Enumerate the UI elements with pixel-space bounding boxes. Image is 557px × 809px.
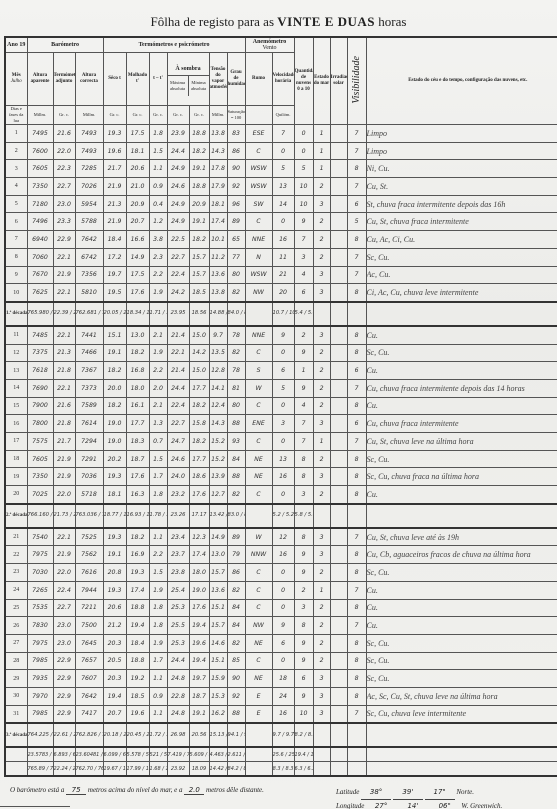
- summary-value: 6.3 / 6.3: [294, 762, 313, 777]
- cell-value: 17.17: [189, 504, 209, 528]
- cell-value: 22.1: [53, 326, 75, 344]
- summary-value: 22.24 / 22.24: [53, 762, 75, 777]
- cell-value: 24.6: [167, 450, 189, 468]
- cell-value: [330, 450, 347, 468]
- sky-remark: Limpo: [366, 142, 557, 160]
- cell-value: 3: [313, 687, 330, 705]
- cell-value: 2: [313, 379, 330, 397]
- summary-value: 765.89 / 765.89: [27, 762, 53, 777]
- summary-value: 2.611 / 2.611: [227, 747, 245, 762]
- cell-value: 6940: [27, 231, 53, 249]
- cell-value: 8.2 / 8.2: [294, 723, 313, 747]
- cell-value: 3: [313, 468, 330, 486]
- cell-value: [330, 160, 347, 178]
- cell-value: 22.4: [53, 581, 75, 599]
- cell-value: C: [245, 564, 272, 582]
- cell-value: 18.6: [189, 468, 209, 486]
- cell-value: 16: [272, 231, 294, 249]
- day-number: 15: [5, 397, 27, 415]
- cell-value: C: [245, 433, 272, 451]
- lat-min: 39': [393, 786, 423, 800]
- unit: Millm.: [27, 106, 53, 125]
- col-sea: Estado do mar: [313, 37, 330, 125]
- cell-value: 1.72 / 1.72: [149, 723, 167, 747]
- cell-value: 1: [313, 581, 330, 599]
- cell-value: 82: [227, 486, 245, 504]
- cell-value: 8: [294, 528, 313, 546]
- cell-value: 22.7: [53, 599, 75, 617]
- cell-value: 7: [347, 581, 366, 599]
- summary-value: [330, 747, 347, 762]
- col-wind-speed: Velocidade horária: [272, 53, 294, 106]
- cell-value: 16.8: [126, 362, 149, 380]
- month-value: Julho: [11, 79, 22, 84]
- cell-value: 18.1: [209, 195, 227, 213]
- cell-value: 19.4: [126, 617, 149, 635]
- cell-value: C: [245, 142, 272, 160]
- cell-value: 13.6: [209, 581, 227, 599]
- cell-value: 10.7 / 10.7: [272, 302, 294, 326]
- cell-value: 20.8: [103, 564, 126, 582]
- cell-value: 7: [347, 617, 366, 635]
- cell-value: 17.7: [189, 450, 209, 468]
- cell-value: 24.4: [167, 652, 189, 670]
- cell-value: 22.1: [53, 248, 75, 266]
- cell-value: 15.3: [209, 687, 227, 705]
- year-header: Ano 19: [5, 37, 27, 53]
- summary-label: [5, 747, 27, 762]
- cell-value: [330, 379, 347, 397]
- cell-value: 7495: [27, 125, 53, 143]
- summary-value: 8.3 / 8.3: [272, 762, 294, 777]
- cell-value: 7417: [75, 705, 103, 723]
- cell-value: 18.0: [126, 379, 149, 397]
- col-clouds: Quantidade de nuvens 0 a 10: [294, 37, 313, 125]
- title-prefix: Fôlha de registo para as: [151, 14, 274, 29]
- unit: Millm.: [75, 106, 103, 125]
- cell-value: 21.3: [53, 344, 75, 362]
- cell-value: 15.7: [189, 266, 209, 284]
- cell-value: 21.2: [103, 617, 126, 635]
- cell-value: 18.5: [189, 284, 209, 302]
- cell-value: 8: [347, 397, 366, 415]
- cell-value: 2: [313, 652, 330, 670]
- decade-summary-row: 2.ª década766.160 / 766.16021.73 / 21.73…: [5, 504, 557, 528]
- cell-value: 82: [227, 344, 245, 362]
- cell-value: 20.3: [103, 670, 126, 688]
- cell-value: 15.1: [103, 326, 126, 344]
- cell-value: 7975: [27, 634, 53, 652]
- sky-remark: Cu.: [366, 326, 557, 344]
- cell-value: 14.3: [209, 142, 227, 160]
- cell-value: 19.6: [103, 142, 126, 160]
- cell-value: 3: [313, 415, 330, 433]
- cell-value: 18.2: [189, 433, 209, 451]
- cell-value: NW: [245, 617, 272, 635]
- table-row: 15790021.6758918.216.12.122.418.212.480C…: [5, 397, 557, 415]
- cell-value: 24.8: [167, 670, 189, 688]
- cell-value: 2: [313, 362, 330, 380]
- cell-value: 9: [294, 564, 313, 582]
- cell-value: 17.6: [189, 599, 209, 617]
- summary-value: 14.42 / 14.42: [209, 762, 227, 777]
- table-row: 22797521.9756219.116.92.223.717.413.079N…: [5, 546, 557, 564]
- day-number: 7: [5, 231, 27, 249]
- cell-value: 7025: [27, 486, 53, 504]
- col-wind-direction: Rumo: [245, 53, 272, 106]
- cell-value: 6: [347, 415, 366, 433]
- day-number: 31: [5, 705, 27, 723]
- day-number: 10: [5, 284, 27, 302]
- lat-deg: 38°: [361, 786, 391, 800]
- cell-value: 18.8: [126, 652, 149, 670]
- cell-value: SW: [245, 195, 272, 213]
- day-number: 6: [5, 213, 27, 231]
- min-label: Mínima absoluta: [189, 76, 209, 96]
- cell-value: 25.5: [167, 617, 189, 635]
- cell-value: 1: [313, 160, 330, 178]
- cell-value: E: [245, 687, 272, 705]
- cell-value: 1.8: [149, 125, 167, 143]
- cell-value: 7616: [75, 564, 103, 582]
- cell-value: 16.93 / 16.93: [126, 504, 149, 528]
- cell-value: 8: [347, 160, 366, 178]
- cell-value: 13.8: [209, 284, 227, 302]
- cell-value: 20.9: [126, 195, 149, 213]
- cell-value: 0: [272, 564, 294, 582]
- thermometers-header: Termómetros e psicrómetro: [103, 37, 245, 53]
- cell-value: 3: [313, 195, 330, 213]
- cell-value: 18.2: [189, 397, 209, 415]
- cell-value: 0: [272, 581, 294, 599]
- col-humidity: Grau de humidade: [227, 53, 245, 106]
- day-number: 14: [5, 379, 27, 397]
- decade-label: 2.ª década: [5, 504, 27, 528]
- cell-value: 19.7: [189, 670, 209, 688]
- day-header: Dias e fases da lua: [5, 106, 27, 125]
- col-apparent-height: Altura aparente: [27, 53, 53, 106]
- day-number: 17: [5, 433, 27, 451]
- cell-value: 1.71 / 1.71: [149, 302, 167, 326]
- cell-value: 26.98: [167, 723, 189, 747]
- register-sheet: Fôlha de registo para as VINTE E DUAS ho…: [0, 0, 557, 809]
- cell-value: 23.26: [167, 504, 189, 528]
- sky-remark: Cu.: [366, 599, 557, 617]
- cell-value: 21.7: [53, 433, 75, 451]
- cell-value: 8: [294, 617, 313, 635]
- cell-value: 7: [347, 266, 366, 284]
- cell-value: 24.2: [167, 284, 189, 302]
- cell-value: 84: [227, 599, 245, 617]
- cell-value: 5.2 / 5.2: [272, 504, 294, 528]
- table-row: 3760522.3728521.720.61.124.919.117.890WS…: [5, 160, 557, 178]
- cell-value: 80: [227, 397, 245, 415]
- cell-value: 15.7: [189, 248, 209, 266]
- cell-value: 22.0: [53, 142, 75, 160]
- day-number: 28: [5, 652, 27, 670]
- day-number: 29: [5, 670, 27, 688]
- cell-value: 15.7: [209, 564, 227, 582]
- cell-value: 90: [227, 670, 245, 688]
- cell-value: [330, 302, 347, 326]
- cell-value: 7540: [27, 528, 53, 546]
- cell-value: 14.2: [189, 344, 209, 362]
- weather-log-table: Ano 19 Barómetro Termómetros e psicrómet…: [4, 36, 557, 777]
- table-row: 16780021.8761419.017.71.322.715.814.388E…: [5, 415, 557, 433]
- cell-value: C: [245, 344, 272, 362]
- cell-value: E: [245, 705, 272, 723]
- sky-remark: Cu, St.: [366, 178, 557, 196]
- cell-value: 6742: [75, 248, 103, 266]
- cell-value: 0: [272, 486, 294, 504]
- cell-value: 9: [294, 213, 313, 231]
- cell-value: 7: [347, 178, 366, 196]
- cell-value: 8: [347, 687, 366, 705]
- cell-value: 18.2: [189, 142, 209, 160]
- cell-value: 0: [272, 599, 294, 617]
- cell-value: 8: [347, 634, 366, 652]
- summary-value: [347, 762, 366, 777]
- cell-value: [313, 723, 330, 747]
- cell-value: [330, 415, 347, 433]
- cell-value: 15.2: [209, 450, 227, 468]
- day-number: 1: [5, 125, 27, 143]
- cell-value: 82: [227, 581, 245, 599]
- cell-value: 18.2: [126, 344, 149, 362]
- table-row: 18760521.9729120.218.71.524.617.715.284N…: [5, 450, 557, 468]
- cell-value: 18.2: [126, 528, 149, 546]
- summary-value: 84.2 / 84.2: [227, 762, 245, 777]
- sky-remark: St, chuva fraca intermitente depois das …: [366, 195, 557, 213]
- cell-value: 7026: [75, 178, 103, 196]
- cell-value: [330, 504, 347, 528]
- table-row: 24726522.4794419.317.41.925.419.013.682C…: [5, 581, 557, 599]
- day-number: 26: [5, 617, 27, 635]
- remark-empty: [366, 504, 557, 528]
- cell-value: 7535: [27, 599, 53, 617]
- cell-value: 3: [313, 284, 330, 302]
- cell-value: 21.9: [103, 213, 126, 231]
- table-row: 20702522.0571818.116.31.823.217.612.782C…: [5, 486, 557, 504]
- unit: Quilóm.: [272, 106, 294, 125]
- cell-value: 18.77 / 18.77: [103, 504, 126, 528]
- cell-value: 20.7: [126, 213, 149, 231]
- cell-value: 14.3: [209, 415, 227, 433]
- sky-remark: Sc, Cu.: [366, 670, 557, 688]
- cell-value: 1.9: [149, 344, 167, 362]
- cell-value: 2.3: [149, 248, 167, 266]
- cell-value: [330, 468, 347, 486]
- cell-value: 6: [347, 195, 366, 213]
- cell-value: [330, 599, 347, 617]
- cell-value: 23.9: [167, 125, 189, 143]
- table-row: 8706022.1674217.214.92.322.715.711.277N1…: [5, 248, 557, 266]
- cell-value: 15.13 / 15.13: [209, 723, 227, 747]
- cell-value: 24.4: [167, 379, 189, 397]
- lat-dir: Norte.: [456, 788, 474, 796]
- table-row: 17757521.7729419.018.30.724.718.215.293C…: [5, 433, 557, 451]
- cell-value: 20.6: [126, 160, 149, 178]
- cell-value: 19.3: [126, 564, 149, 582]
- cell-value: 20.18 / 20.18: [103, 723, 126, 747]
- unit: Gr. c.: [167, 106, 189, 125]
- cell-value: 15.8: [189, 415, 209, 433]
- cell-value: 15.7: [209, 617, 227, 635]
- cell-value: 5954: [75, 195, 103, 213]
- table-row: 6749623.3578821.920.71.224.919.117.489C0…: [5, 213, 557, 231]
- cell-value: 20.5: [103, 652, 126, 670]
- cell-value: 9: [294, 687, 313, 705]
- cell-value: NW: [245, 284, 272, 302]
- cell-value: 7: [272, 125, 294, 143]
- cell-value: 1: [313, 142, 330, 160]
- cell-value: 10: [294, 705, 313, 723]
- lon-dir: W. Greenwich.: [461, 802, 502, 809]
- cell-value: 18.7: [126, 450, 149, 468]
- barometer-middle: metros acima do nível do mar, e a: [88, 786, 183, 794]
- cell-value: 20.05 / 20.05: [103, 302, 126, 326]
- cell-value: [330, 248, 347, 266]
- title-suffix: horas: [378, 14, 406, 29]
- cell-value: 2: [313, 178, 330, 196]
- cell-value: 7: [347, 248, 366, 266]
- cell-value: 22.9: [53, 687, 75, 705]
- cell-value: 7657: [75, 652, 103, 670]
- cell-value: 17.6: [126, 284, 149, 302]
- cell-value: 0.9: [149, 687, 167, 705]
- cell-value: 21.4: [167, 362, 189, 380]
- cell-value: 9.7 / 9.7: [272, 723, 294, 747]
- day-number: 12: [5, 344, 27, 362]
- table-row: 7694022.9764218.416.63.822.518.210.165NN…: [5, 231, 557, 249]
- cell-value: 1.9: [149, 581, 167, 599]
- cell-value: 6: [294, 284, 313, 302]
- cell-value: 18.0: [189, 564, 209, 582]
- cell-value: 764.225 / 764.225: [27, 723, 53, 747]
- cell-value: 82: [227, 634, 245, 652]
- col-solar: Irradiação solar: [330, 37, 347, 125]
- cell-value: 9: [294, 634, 313, 652]
- cell-value: 1.9: [149, 284, 167, 302]
- sky-remark: Cu.: [366, 486, 557, 504]
- cell-value: 18.7: [189, 687, 209, 705]
- table-row: 19735021.9703619.317.61.724.018.613.988N…: [5, 468, 557, 486]
- cell-value: 19.4: [103, 687, 126, 705]
- cell-value: 21.4: [167, 326, 189, 344]
- cell-value: 10.1: [209, 231, 227, 249]
- cell-value: 17.5: [126, 125, 149, 143]
- summary-value: 17.99 / 17.99: [126, 762, 149, 777]
- cell-value: 7618: [27, 362, 53, 380]
- cell-value: 23.2: [167, 486, 189, 504]
- cell-value: 65: [227, 231, 245, 249]
- cell-value: 13.42 / 13.42: [209, 504, 227, 528]
- cell-value: 1.3: [149, 415, 167, 433]
- day-number: 4: [5, 178, 27, 196]
- cell-value: 22.1: [53, 284, 75, 302]
- cell-value: 2: [313, 450, 330, 468]
- cell-value: 89: [227, 528, 245, 546]
- cell-value: 7375: [27, 344, 53, 362]
- unit: Gr. c.: [53, 106, 75, 125]
- cell-value: 18.8: [189, 178, 209, 196]
- cell-value: 17.6: [189, 486, 209, 504]
- cell-value: 21.0: [126, 178, 149, 196]
- cell-value: 3: [313, 705, 330, 723]
- cell-value: 6: [272, 362, 294, 380]
- table-row: 27797523.0764520.318.41.925.319.614.682N…: [5, 634, 557, 652]
- remark-empty: [366, 302, 557, 326]
- height-above-sea: 75: [66, 786, 86, 795]
- visibility-label: Visibilidade: [354, 56, 360, 104]
- cell-value: 21.6: [53, 125, 75, 143]
- cell-value: 88: [227, 415, 245, 433]
- sky-remark: Sc, Cu, chuva leve intermitente: [366, 705, 557, 723]
- cell-value: 7356: [75, 266, 103, 284]
- day-number: 2: [5, 142, 27, 160]
- cell-value: 0: [272, 344, 294, 362]
- summary-value: 18.09: [189, 762, 209, 777]
- cell-value: 17.4: [189, 546, 209, 564]
- max-label: Máxima absoluta: [168, 76, 189, 96]
- cell-value: 77: [227, 248, 245, 266]
- cell-value: 7: [347, 125, 366, 143]
- day-number: 24: [5, 581, 27, 599]
- cell-value: C: [245, 652, 272, 670]
- cell-value: 15.9: [209, 670, 227, 688]
- cell-value: 84.0 / 84.0: [227, 302, 245, 326]
- cell-value: 7211: [75, 599, 103, 617]
- cell-value: [330, 546, 347, 564]
- cell-value: 7830: [27, 617, 53, 635]
- cell-value: 8: [347, 450, 366, 468]
- cell-value: 23.7: [167, 546, 189, 564]
- barometer-note: O barómetro está a 75 metros acima do ní…: [10, 786, 264, 795]
- cell-value: 22.39 / 22.39: [53, 302, 75, 326]
- cell-value: 7: [294, 231, 313, 249]
- cell-value: 2.1: [149, 326, 167, 344]
- cell-value: 7180: [27, 195, 53, 213]
- cell-value: 19.2: [126, 670, 149, 688]
- cell-value: 3: [313, 528, 330, 546]
- cell-value: 24.0: [167, 468, 189, 486]
- cell-value: 21.6: [53, 397, 75, 415]
- cell-value: 2: [313, 213, 330, 231]
- cell-value: 7600: [27, 142, 53, 160]
- cell-value: [330, 284, 347, 302]
- cell-value: 0: [294, 125, 313, 143]
- cell-value: 20.0: [103, 379, 126, 397]
- cell-value: 17.4: [126, 581, 149, 599]
- cell-value: 7642: [75, 687, 103, 705]
- cell-value: 765.980 / 765.925: [27, 302, 53, 326]
- cell-value: 5.4 / 5.4: [294, 302, 313, 326]
- col-diff: t – t': [149, 53, 167, 106]
- cell-value: NNE: [245, 326, 272, 344]
- cell-value: 7441: [75, 326, 103, 344]
- cell-value: 83.0 / 83.0: [227, 504, 245, 528]
- cell-value: 9: [294, 344, 313, 362]
- cell-value: 2: [313, 634, 330, 652]
- latitude-label: Latitude: [336, 788, 359, 796]
- cell-value: 3: [313, 670, 330, 688]
- sky-remark: Ci, Ac, Cu, chuva leve intermitente: [366, 284, 557, 302]
- cell-value: 2: [294, 581, 313, 599]
- cell-value: 23.95: [167, 302, 189, 326]
- cell-value: 14.9: [209, 528, 227, 546]
- cell-value: [330, 142, 347, 160]
- cell-value: NE: [245, 634, 272, 652]
